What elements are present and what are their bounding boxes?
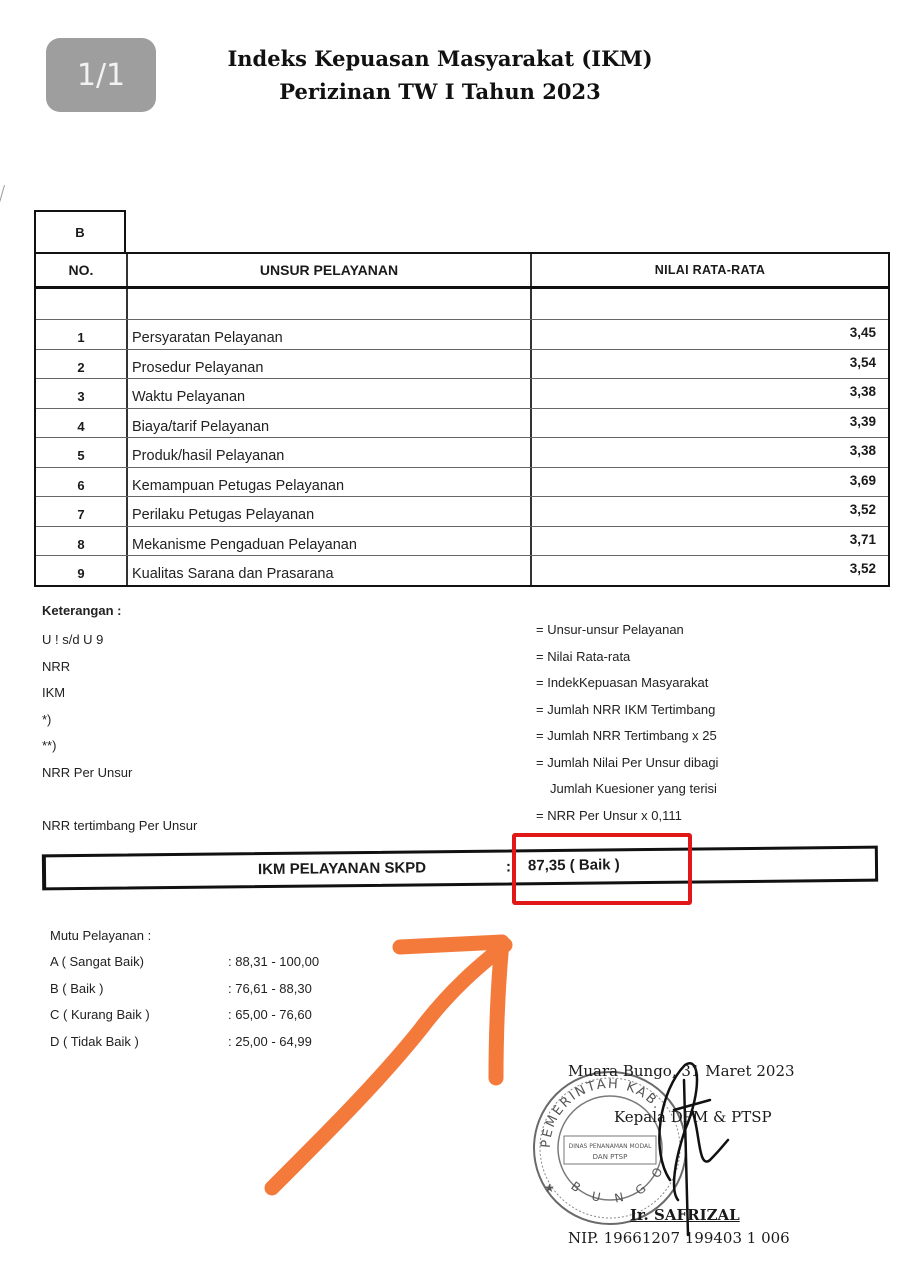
row-nilai: 3,52 <box>532 556 888 585</box>
row-nilai: 3,69 <box>532 468 888 497</box>
grade-range: : 76,61 - 88,30 <box>228 979 368 1006</box>
row-nilai: 3,39 <box>532 409 888 438</box>
grade-label: B ( Baik ) <box>50 979 228 1006</box>
row-unsur: Perilaku Petugas Pelayanan <box>128 497 532 526</box>
grade-range: : 25,00 - 64,99 <box>228 1032 368 1059</box>
table-row: 1Persyaratan Pelayanan3,45 <box>36 320 888 350</box>
grade-label: A ( Sangat Baik) <box>50 952 228 979</box>
keterangan-definition: = NRR Per Unsur x 0,111 <box>536 806 718 833</box>
row-nilai: 3,38 <box>532 379 888 408</box>
row-unsur: Kualitas Sarana dan Prasarana <box>128 556 532 585</box>
row-unsur: Persyaratan Pelayanan <box>128 320 532 349</box>
table-row-blank <box>36 289 888 320</box>
row-unsur: Kemampuan Petugas Pelayanan <box>128 468 532 497</box>
mutu-grade-row: A ( Sangat Baik): 88,31 - 100,00 <box>50 952 368 979</box>
keterangan-term: NRR tertimbang Per Unsur <box>42 816 197 843</box>
table-row: 4Biaya/tarif Pelayanan3,39 <box>36 409 888 439</box>
row-nilai: 3,38 <box>532 438 888 467</box>
row-number: 5 <box>36 438 128 467</box>
table-row: 9Kualitas Sarana dan Prasarana3,52 <box>36 556 888 585</box>
signatory-nip: NIP. 19661207 199403 1 006 <box>568 1229 790 1247</box>
row-nilai: 3,54 <box>532 350 888 379</box>
table-header: NO. UNSUR PELAYANAN NILAI RATA-RATA <box>36 254 888 289</box>
keterangan-term: U ! s/d U 9 <box>42 630 197 657</box>
section-label: B <box>34 210 126 254</box>
table-row: 2Prosedur Pelayanan3,54 <box>36 350 888 380</box>
grade-label: C ( Kurang Baik ) <box>50 1005 228 1032</box>
row-number: 4 <box>36 409 128 438</box>
signature-role: Kepala DPM & PTSP <box>614 1108 772 1126</box>
keterangan-definitions: = Unsur-unsur Pelayanan= Nilai Rata-rata… <box>536 620 718 832</box>
keterangan-title: Keterangan : <box>42 603 121 618</box>
unsur-pelayanan-table: NO. UNSUR PELAYANAN NILAI RATA-RATA 1Per… <box>34 252 890 587</box>
row-unsur: Produk/hasil Pelayanan <box>128 438 532 467</box>
row-nilai: 3,52 <box>532 497 888 526</box>
table-row: 3Waktu Pelayanan3,38 <box>36 379 888 409</box>
keterangan-terms: U ! s/d U 9NRRIKM*)**)NRR Per UnsurNRR t… <box>42 630 197 842</box>
row-number: 2 <box>36 350 128 379</box>
keterangan-term: NRR <box>42 657 197 684</box>
grade-range: : 88,31 - 100,00 <box>228 952 368 979</box>
mutu-title: Mutu Pelayanan : <box>50 926 368 952</box>
mutu-pelayanan: Mutu Pelayanan : A ( Sangat Baik): 88,31… <box>50 926 368 1058</box>
row-nilai: 3,45 <box>532 320 888 349</box>
document-title: Indeks Kepuasan Masyarakat (IKM) Perizin… <box>170 42 710 108</box>
row-unsur: Waktu Pelayanan <box>128 379 532 408</box>
keterangan-definition: = Nilai Rata-rata <box>536 647 718 674</box>
scan-edge-line <box>0 185 5 262</box>
signature-place-date: Muara Bungo, 31 Maret 2023 <box>568 1062 795 1080</box>
highlight-box <box>512 833 692 905</box>
row-number: 6 <box>36 468 128 497</box>
summary-separator: : <box>506 858 511 875</box>
table-row: 5Produk/hasil Pelayanan3,38 <box>36 438 888 468</box>
grade-range: : 65,00 - 76,60 <box>228 1005 368 1032</box>
row-nilai: 3,71 <box>532 527 888 556</box>
keterangan-definition: Jumlah Kuesioner yang terisi <box>536 779 718 806</box>
table-row: 6Kemampuan Petugas Pelayanan3,69 <box>36 468 888 498</box>
keterangan-definition: = IndekKepuasan Masyarakat <box>536 673 718 700</box>
title-line-1: Indeks Kepuasan Masyarakat (IKM) <box>170 42 710 75</box>
header-unsur: UNSUR PELAYANAN <box>128 254 532 286</box>
header-no: NO. <box>36 254 128 286</box>
keterangan-definition: = Jumlah NRR IKM Tertimbang <box>536 700 718 727</box>
mutu-grade-row: B ( Baik ): 76,61 - 88,30 <box>50 979 368 1006</box>
keterangan-definition: = Jumlah Nilai Per Unsur dibagi <box>536 753 718 780</box>
header-nilai: NILAI RATA-RATA <box>532 254 888 286</box>
title-line-2: Perizinan TW I Tahun 2023 <box>170 75 710 108</box>
grade-label: D ( Tidak Baik ) <box>50 1032 228 1059</box>
table-row: 7Perilaku Petugas Pelayanan3,52 <box>36 497 888 527</box>
signatory-name: Ir. SAFRIZAL <box>630 1206 740 1224</box>
row-unsur: Mekanisme Pengaduan Pelayanan <box>128 527 532 556</box>
row-number: 9 <box>36 556 128 585</box>
page-indicator: 1/1 <box>77 58 125 93</box>
keterangan-term <box>42 789 197 816</box>
row-number: 8 <box>36 527 128 556</box>
row-number: 1 <box>36 320 128 349</box>
row-unsur: Prosedur Pelayanan <box>128 350 532 379</box>
mutu-grade-row: C ( Kurang Baik ): 65,00 - 76,60 <box>50 1005 368 1032</box>
keterangan-definition: = Jumlah NRR Tertimbang x 25 <box>536 726 718 753</box>
page-indicator-badge: 1/1 <box>46 38 156 112</box>
row-number: 7 <box>36 497 128 526</box>
summary-label: IKM PELAYANAN SKPD <box>258 859 426 878</box>
ikm-summary-bar: IKM PELAYANAN SKPD : 87,35 ( Baik ) <box>42 846 878 891</box>
row-unsur: Biaya/tarif Pelayanan <box>128 409 532 438</box>
row-number: 3 <box>36 379 128 408</box>
table-row: 8Mekanisme Pengaduan Pelayanan3,71 <box>36 527 888 557</box>
keterangan-term: IKM <box>42 683 197 710</box>
keterangan-term: **) <box>42 736 197 763</box>
mutu-grade-row: D ( Tidak Baik ) : 25,00 - 64,99 <box>50 1032 368 1059</box>
svg-text:DAN PTSP: DAN PTSP <box>593 1153 628 1161</box>
keterangan-term: *) <box>42 710 197 737</box>
keterangan-term: NRR Per Unsur <box>42 763 197 790</box>
svg-text:★: ★ <box>544 1181 555 1195</box>
keterangan-definition: = Unsur-unsur Pelayanan <box>536 620 718 647</box>
